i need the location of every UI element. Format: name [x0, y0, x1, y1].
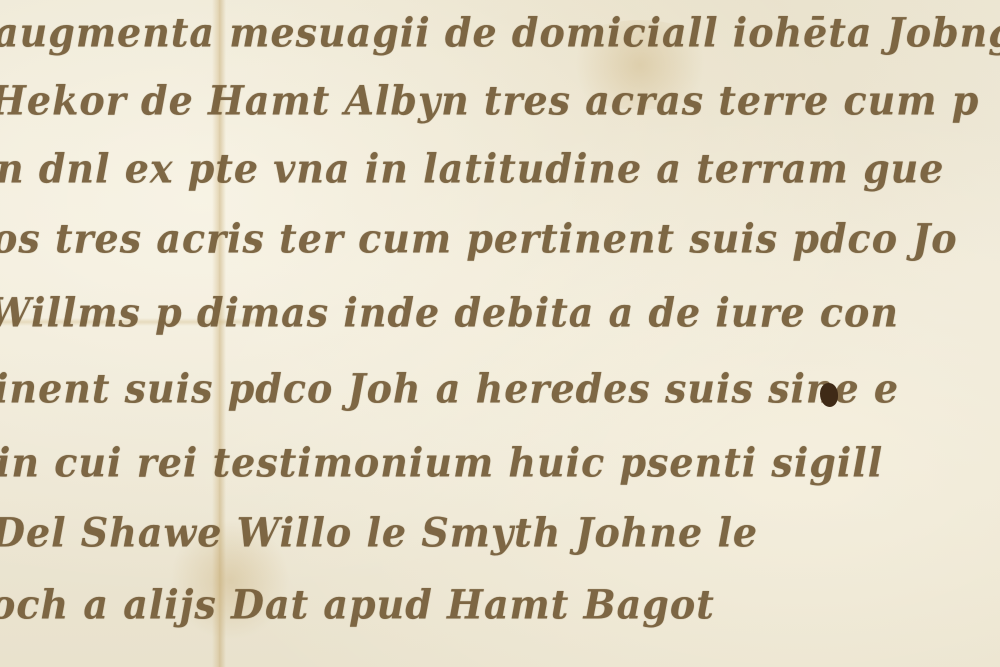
line-text: augmenta mesuagii de domiciall iohēta Jo… [0, 9, 1000, 56]
line-text: n dnl ex pte vna in latitudine a terram … [0, 145, 945, 192]
line-text: inent suis pdco Joh a heredes suis sine … [0, 365, 899, 412]
manuscript-line-5: Willms p dimas inde debita a de iure con [0, 290, 1000, 335]
manuscript-parchment: augmenta mesuagii de domiciall iohēta Jo… [0, 0, 1000, 667]
ink-blot [820, 383, 838, 407]
manuscript-line-9: och a alijs Dat apud Hamt Bagot [0, 582, 1000, 627]
manuscript-line-7: in cui rei testimonium huic psenti sigil… [0, 440, 1000, 485]
line-text: in cui rei testimonium huic psenti sigil… [0, 439, 883, 486]
manuscript-line-2: Hekor de Hamt Albyn tres acras terre cum… [0, 78, 1000, 123]
line-text: Del Shawe Willo le Smyth Johne le [0, 509, 758, 556]
manuscript-line-6: inent suis pdco Joh a heredes suis sine … [0, 366, 1000, 411]
line-text: och a alijs Dat apud Hamt Bagot [0, 581, 715, 628]
line-text: Willms p dimas inde debita a de iure con [0, 289, 899, 336]
line-text: Hekor de Hamt Albyn tres acras terre cum… [0, 77, 979, 124]
manuscript-line-8: Del Shawe Willo le Smyth Johne le [0, 510, 1000, 555]
manuscript-line-3: n dnl ex pte vna in latitudine a terram … [0, 146, 1000, 191]
line-text: os tres acris ter cum pertinent suis pdc… [0, 215, 958, 262]
manuscript-line-4: os tres acris ter cum pertinent suis pdc… [0, 216, 1000, 261]
manuscript-line-1: augmenta mesuagii de domiciall iohēta Jo… [0, 10, 1000, 55]
